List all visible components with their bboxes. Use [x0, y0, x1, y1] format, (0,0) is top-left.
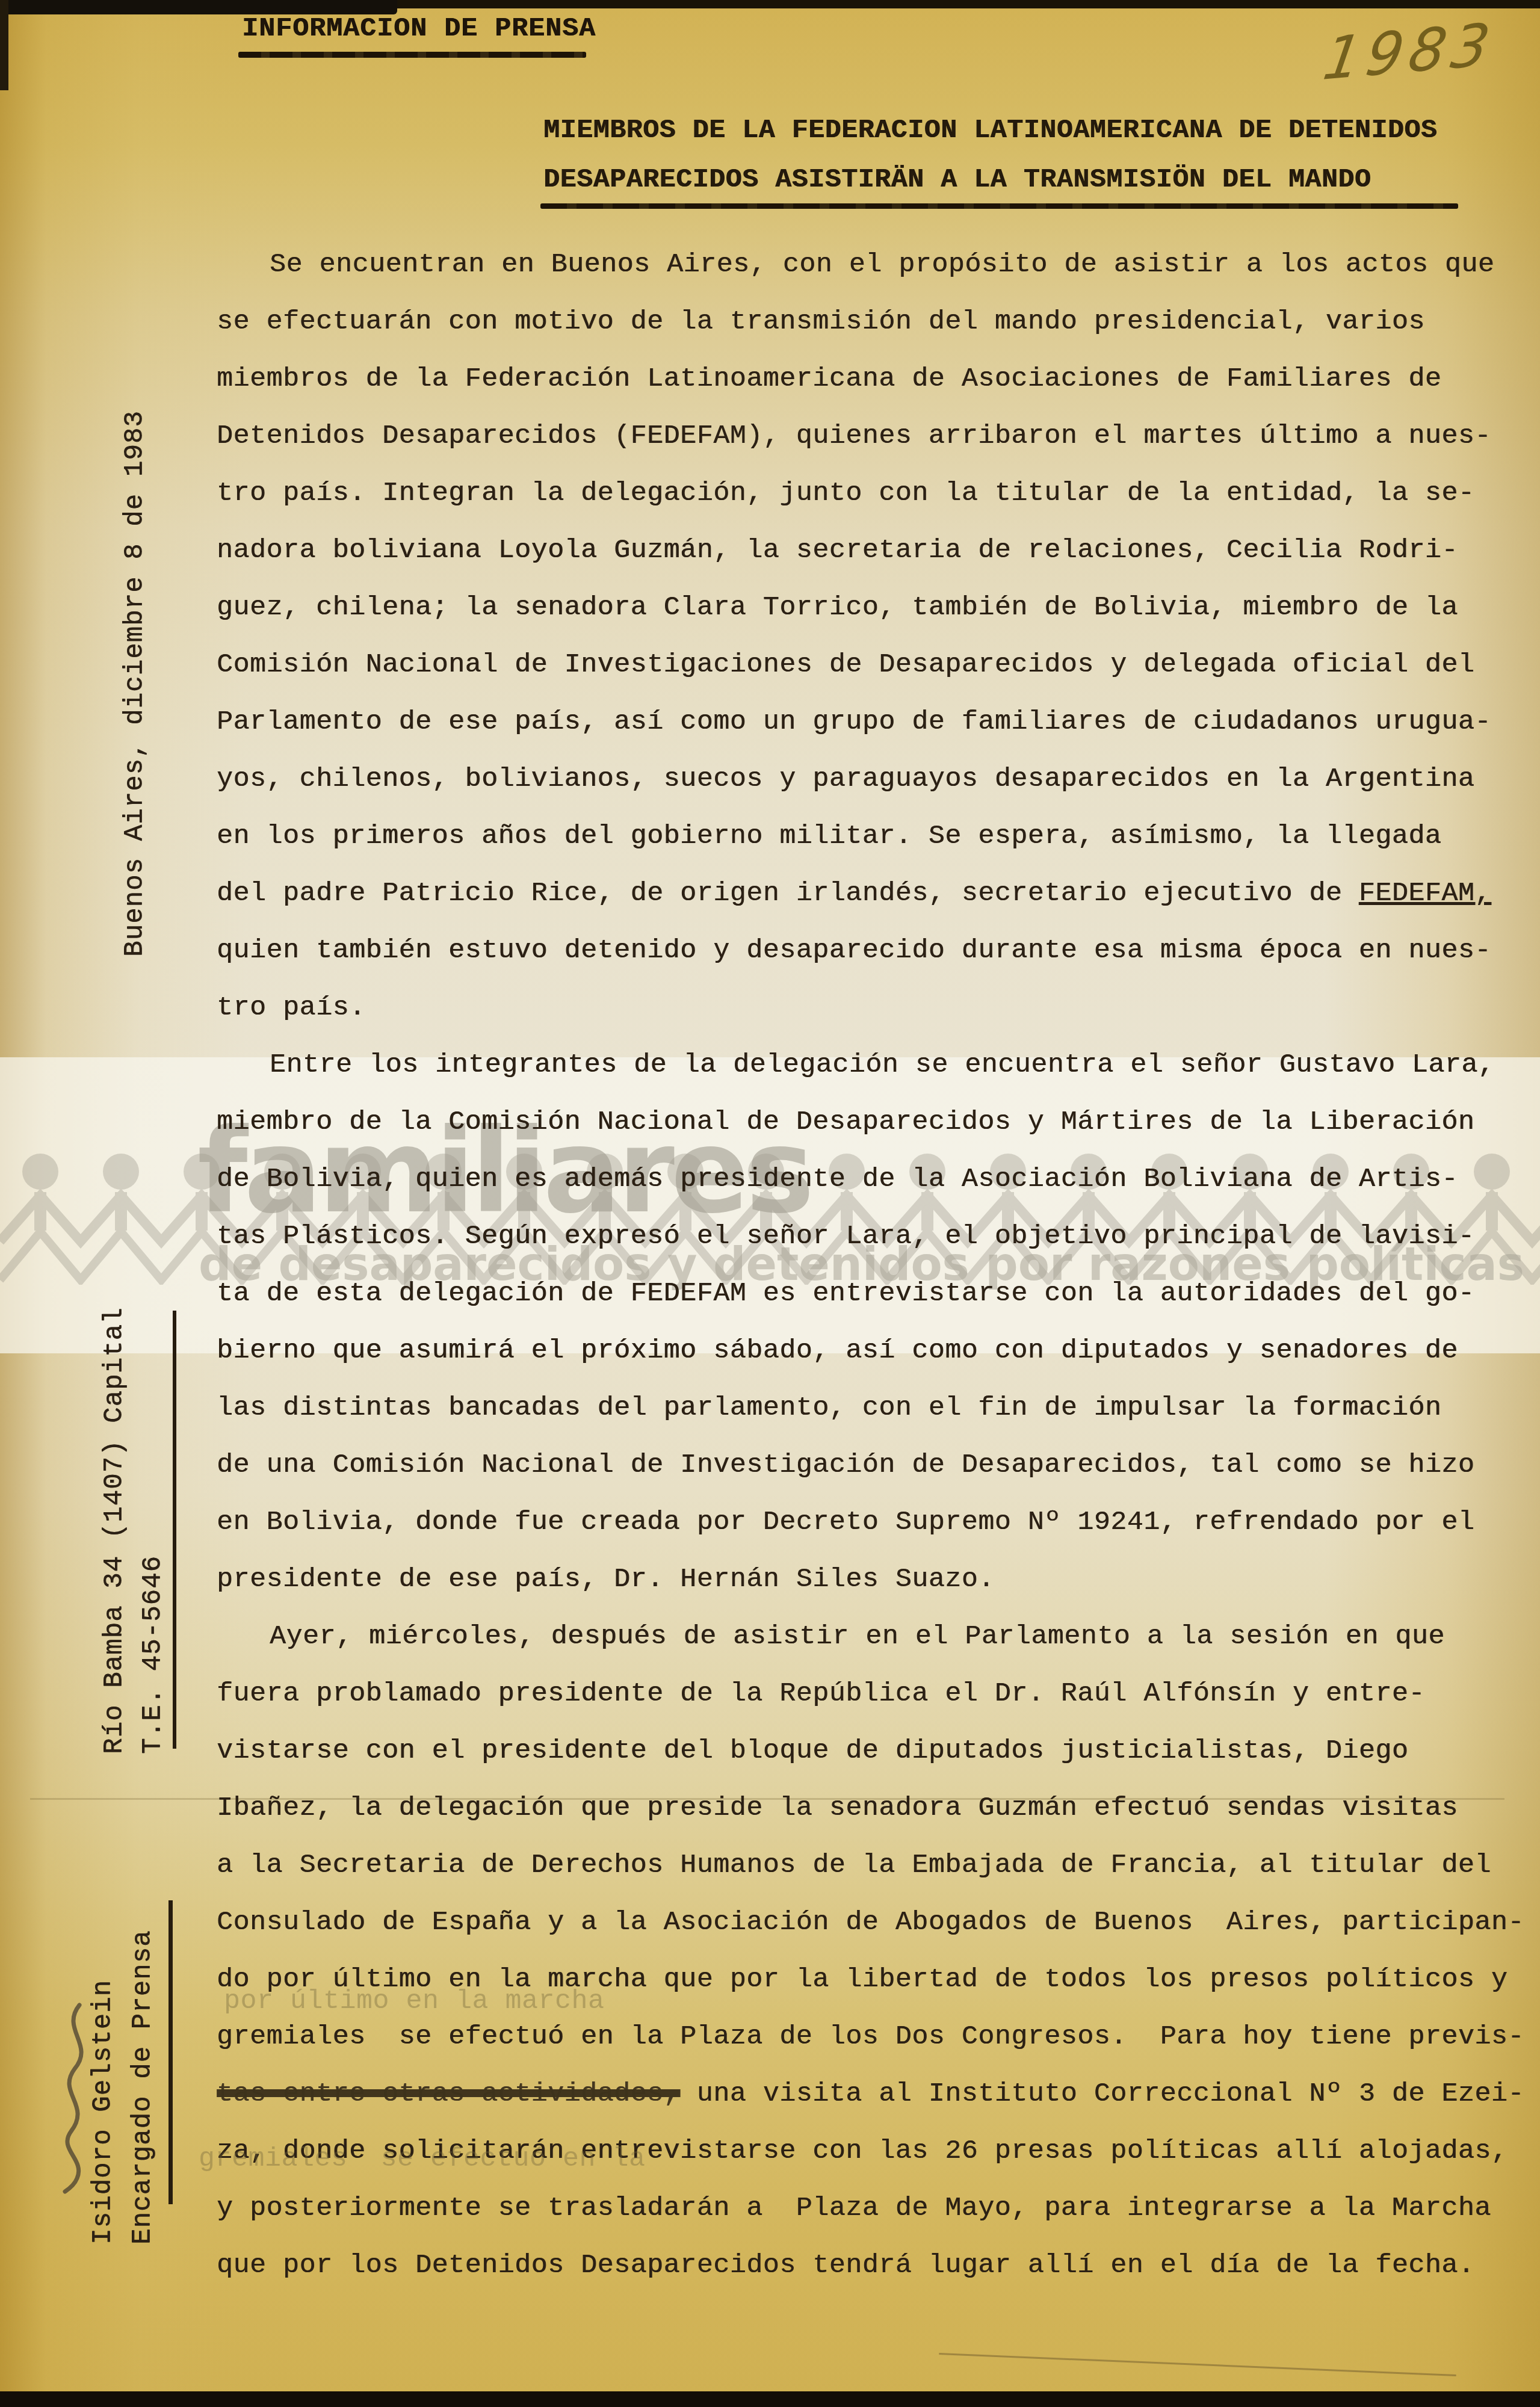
body-line: a la Secretaria de Derechos Humanos de l… — [217, 1837, 1517, 1894]
body-line: tas entre otras actividades, una visita … — [217, 2065, 1517, 2122]
body-line: miembro de la Comisión Nacional de Desap… — [217, 1093, 1517, 1151]
margin-address-street: Río Bamba 34 (1407) Capital — [99, 1307, 129, 1754]
scan-edge-bottom — [0, 2391, 1540, 2407]
body-line: bierno que asumirá el próximo sábado, as… — [217, 1322, 1517, 1379]
body-line: tas Plásticos. Según expresó el señor La… — [217, 1208, 1517, 1265]
body-line: miembros de la Federación Latinoamerican… — [217, 350, 1517, 407]
margin-signature-rule — [169, 1900, 173, 2204]
body-line: gremiales se efectuó en la Plaza de los … — [217, 2008, 1517, 2065]
body-line: vistarse con el presidente del bloque de… — [217, 1722, 1517, 1779]
body-line: de una Comisión Nacional de Investigació… — [217, 1436, 1517, 1494]
body-line: tro país. — [217, 979, 1517, 1036]
body-line: Detenidos Desaparecidos (FEDEFAM), quien… — [217, 407, 1517, 465]
body-line: en Bolivia, donde fue creada por Decreto… — [217, 1494, 1517, 1551]
body-line: Parlamento de ese país, así como un grup… — [217, 693, 1517, 750]
title-underline — [540, 203, 1458, 209]
title-line-1: MIEMBROS DE LA FEDERACION LATINOAMERICAN… — [543, 115, 1437, 146]
paper-crease-diagonal — [939, 2353, 1456, 2376]
underlined-text: FEDEFAM, — [1359, 878, 1491, 909]
body-line: de Bolivia, quien es además presidente d… — [217, 1151, 1517, 1208]
body-line: Consulado de España y a la Asociación de… — [217, 1894, 1517, 1951]
margin-address: Río Bamba 34 (1407) CapitalT.E. 45-5646 — [95, 1294, 172, 1754]
margin-dateline: Buenos Aires, diciembre 8 de 1983 — [119, 394, 150, 957]
body-line: Se encuentran en Buenos Aires, con el pr… — [217, 236, 1517, 293]
document-title: MIEMBROS DE LA FEDERACION LATINOAMERICAN… — [543, 106, 1437, 205]
body-line: guez, chilena; la senadora Clara Torrico… — [217, 579, 1517, 636]
margin-address-phone: T.E. 45-5646 — [137, 1556, 168, 1754]
body-line: en los primeros años del gobierno milita… — [217, 808, 1517, 865]
body-line: yos, chilenos, bolivianos, suecos y para… — [217, 750, 1517, 808]
body-line: fuera problamado presidente de la Repúbl… — [217, 1665, 1517, 1722]
margin-address-rule — [173, 1311, 176, 1749]
body-line: tro país. Integran la delegación, junto … — [217, 465, 1517, 522]
ghost-impression-line: por último en la marcha — [224, 1986, 605, 2016]
body-line: ta de esta delegación de FEDEFAM es entr… — [217, 1265, 1517, 1322]
handwritten-year-note: 1983 — [1319, 10, 1500, 94]
press-info-stamp: INFORMACION DE PRENSA — [242, 13, 596, 44]
body-line: Entre los integrantes de la delegación s… — [217, 1036, 1517, 1093]
scan-edge-top-left — [0, 0, 397, 14]
handwritten-scribble — [51, 1998, 105, 2196]
body-line: Ibañez, la delegación que preside la sen… — [217, 1779, 1517, 1837]
title-line-2: DESAPARECIDOS ASISTIRÄN A LA TRANSMISIÖN… — [543, 164, 1371, 195]
body-line: se efectuarán con motivo de la transmisi… — [217, 293, 1517, 350]
scan-edge-left — [0, 0, 8, 90]
body-line: las distintas bancadas del parlamento, c… — [217, 1379, 1517, 1436]
struck-text: tas entre otras actividades, — [217, 2078, 680, 2109]
ghost-impression-line: gremiales se efectuó en la — [199, 2143, 646, 2174]
stamp-underline — [238, 52, 586, 58]
body-line: del padre Patricio Rice, de origen irlan… — [217, 865, 1517, 922]
typewritten-body: Se encuentran en Buenos Aires, con el pr… — [217, 236, 1517, 2294]
body-line: presidente de ese país, Dr. Hernán Siles… — [217, 1551, 1517, 1608]
body-line: nadora boliviana Loyola Guzmán, la secre… — [217, 522, 1517, 579]
press-release-scan: familiares de desaparecidos y detenidos … — [0, 0, 1540, 2407]
body-line: Ayer, miércoles, después de asistir en e… — [217, 1608, 1517, 1665]
body-line: Comisión Nacional de Investigaciones de … — [217, 636, 1517, 693]
signer-role: Encargado de Prensa — [127, 1930, 158, 2245]
body-line: y posteriormente se trasladarán a Plaza … — [217, 2180, 1517, 2237]
body-line: quien también estuvo detenido y desapare… — [217, 922, 1517, 979]
body-line: que por los Detenidos Desaparecidos tend… — [217, 2237, 1517, 2294]
